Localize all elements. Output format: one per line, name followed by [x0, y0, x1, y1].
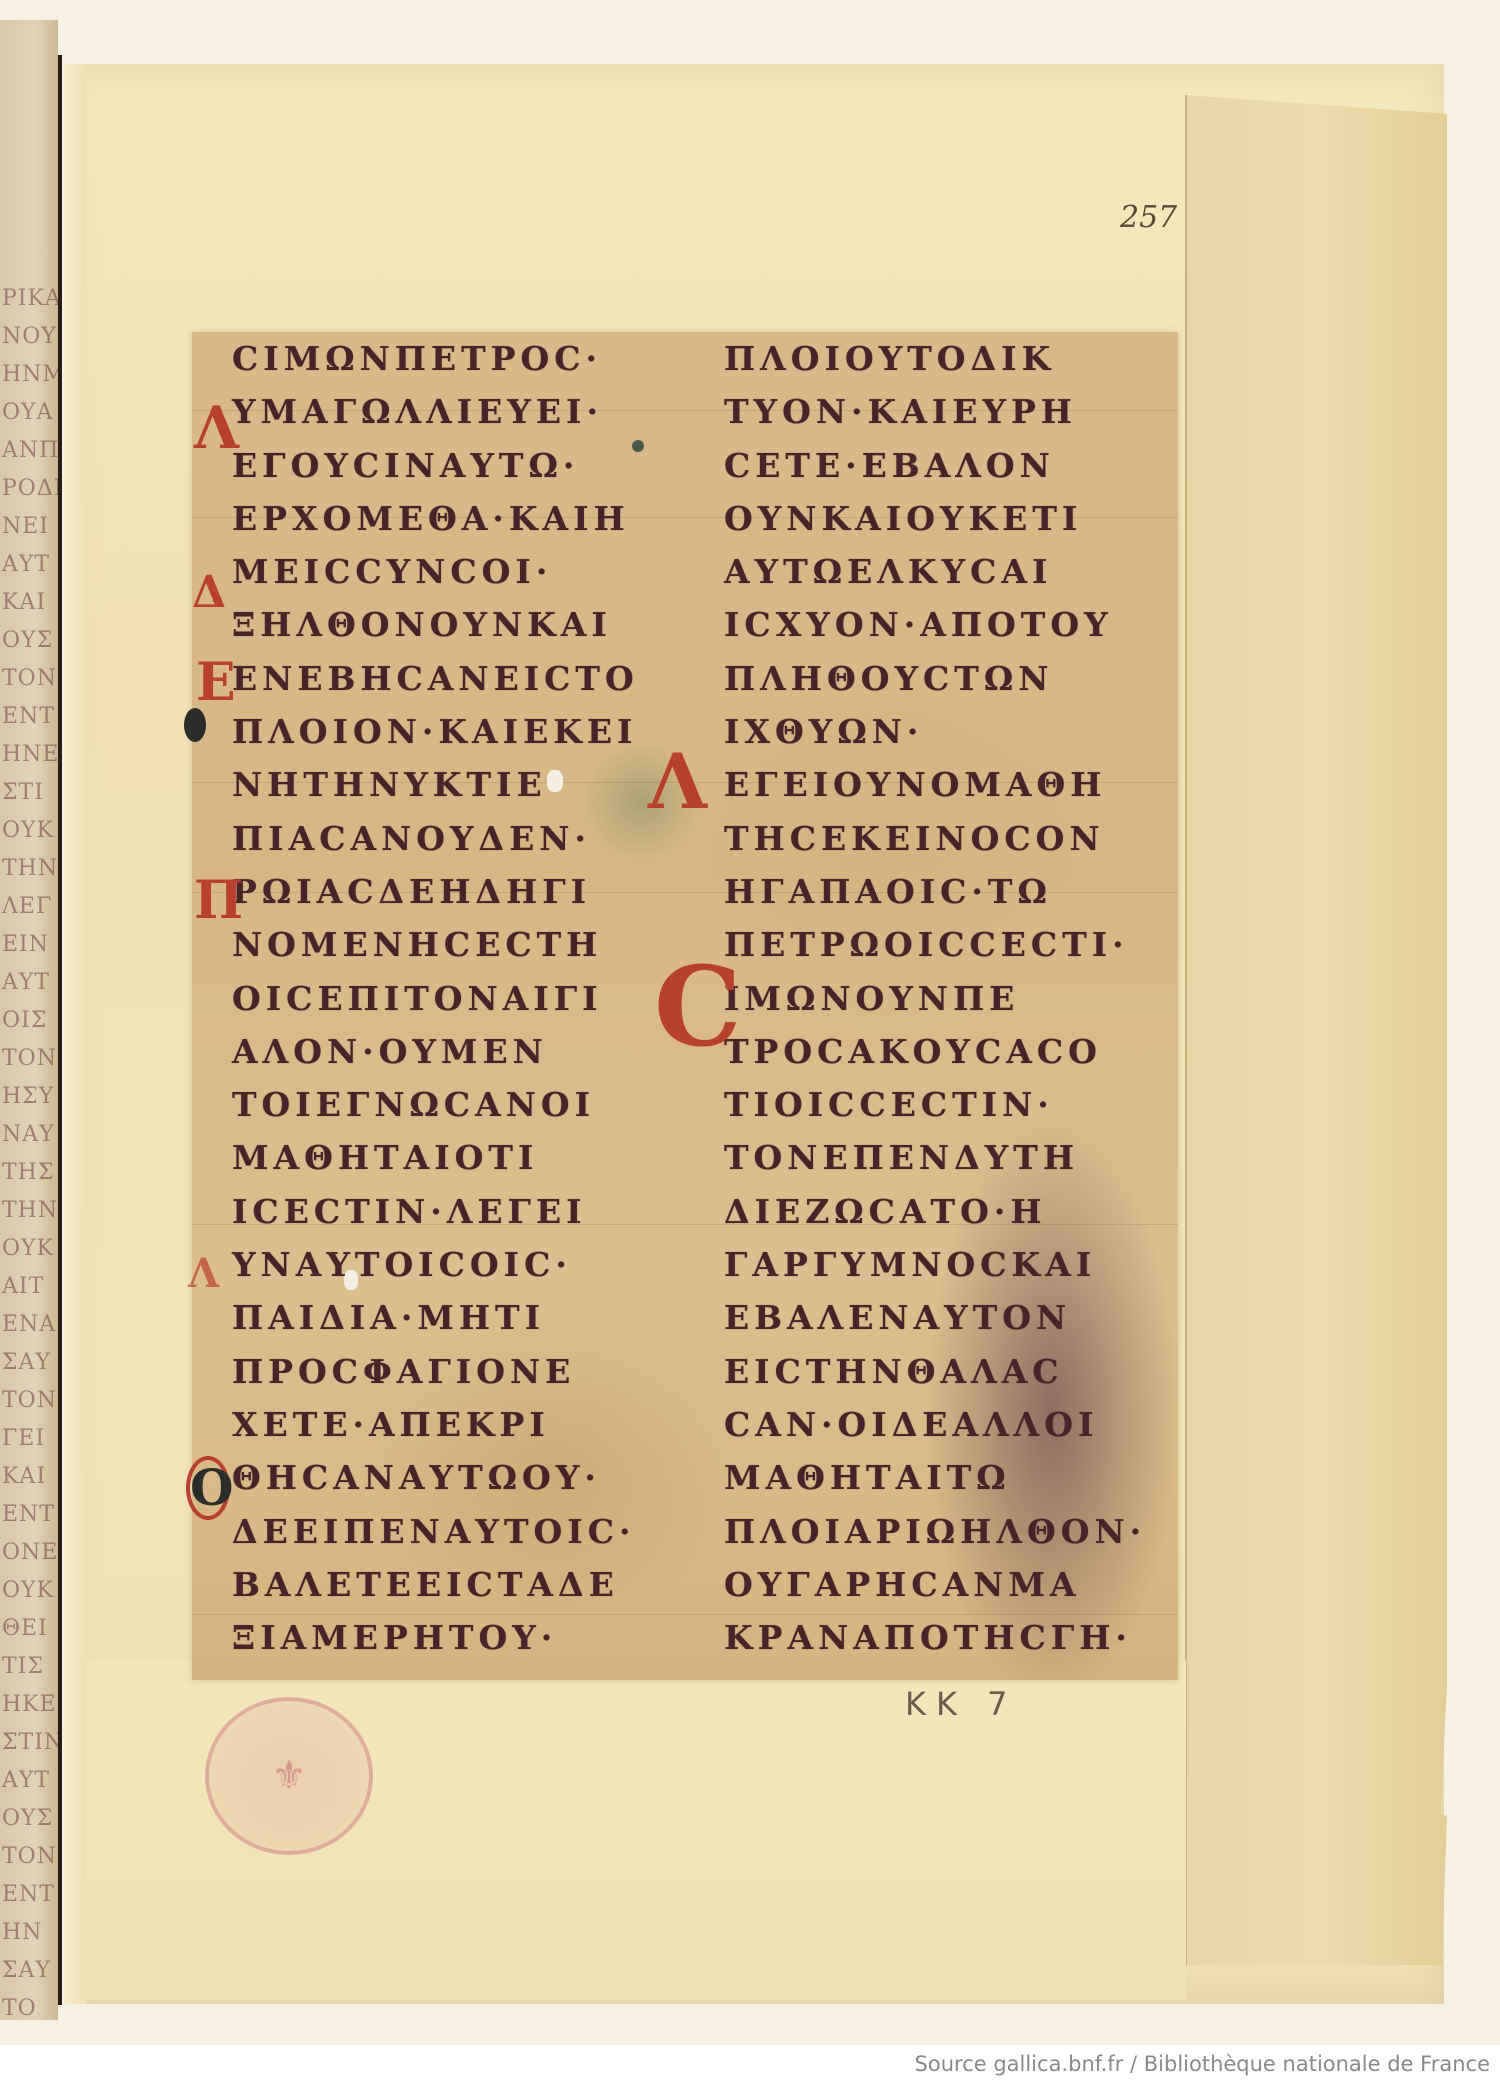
text-line: ΠΑΙΔΙΑ·ΜΗΤΙ: [232, 1291, 672, 1344]
text-line: ΙΜΩΝΟΥΝΠΕ: [724, 972, 1164, 1025]
text-line: ΜΑΘΗΤΑΙΟΤΙ: [232, 1131, 672, 1184]
text-line: ΔΕΕΙΠΕΝΑΥΤΟΙϹ·: [232, 1505, 672, 1558]
text-line: ΝΗΤΗΝΥΚΤΙΕ: [232, 758, 672, 811]
text-line: ΤΥΟΝ·ΚΑΙΕΥΡΗ: [724, 385, 1164, 438]
folio-right-flap: [1185, 95, 1447, 1965]
text-line: ϹΑΝ·ΟΙΔΕΑΛΛΟΙ: [724, 1398, 1164, 1451]
text-line: ΜΑΘΗΤΑΙΤΩ: [724, 1451, 1164, 1504]
text-line: ΠΛΟΙΟΥΤΟΔΙΚ: [724, 332, 1164, 385]
text-line: ΟΥΓΑΡΗϹΑΝΜΑ: [724, 1558, 1164, 1611]
text-line: ΙΧΘΥΩΝ·: [724, 705, 1164, 758]
text-line: ΤΡΟϹΑΚΟΥϹΑϹΟ: [724, 1025, 1164, 1078]
text-line: ΠΙΑϹΑΝΟΥΔΕΝ·: [232, 812, 672, 865]
text-line: ΕΒΑΛΕΝΑΥΤΟΝ: [724, 1291, 1164, 1344]
text-line: ΠΛΟΙΑΡΙΩΗΛΘΟΝ·: [724, 1505, 1164, 1558]
text-line: ΙϹΕϹΤΙΝ·ΛΕΓΕΙ: [232, 1185, 672, 1238]
text-line: ΜΕΙϹϹΥΝϹΟΙ·: [232, 545, 672, 598]
rubric-initial: Λ: [648, 737, 707, 826]
text-line: ΒΑΛΕΤΕΕΙϹΤΑΔΕ: [232, 1558, 672, 1611]
text-line: ϹΕΤΕ·ΕΒΑΛΟΝ: [724, 439, 1164, 492]
text-line: ΟΙϹΕΠΙΤΟΝΑΙΓΙ: [232, 972, 672, 1025]
library-stamp: ⚜: [205, 1697, 373, 1855]
text-line: ΑΛΟΝ·ΟΥΜΕΝ: [232, 1025, 672, 1078]
text-line: ΞΗΛΘΟΝΟΥΝΚΑΙ: [232, 598, 672, 651]
rubric-initial: Λ: [188, 1250, 219, 1297]
rubric-initial: Δ: [192, 567, 226, 618]
text-line: ΟΥΝΚΑΙΟΥΚΕΤΙ: [724, 492, 1164, 545]
parchment-fragment: ϹΙΜΩΝΠΕΤΡΟϹ· ΥΜΑΓΩΛΛΙΕΥΕΙ· ΕΓΟΥϹΙΝΑΥΤΩ· …: [192, 332, 1178, 1680]
text-line: ΤΗϹΕΚΕΙΝΟϹΟΝ: [724, 812, 1164, 865]
text-line: ΡΩΙΑϹΔΕΗΔΗΓΙ: [232, 865, 672, 918]
text-line: ΑΥΤΩΕΛΚΥϹΑΙ: [724, 545, 1164, 598]
foliation-number: 257: [1120, 200, 1177, 235]
fleur-de-lis-icon: ⚜: [271, 1753, 307, 1799]
text-line: ΔΙΕΖΩϹΑΤΟ·Η: [724, 1185, 1164, 1238]
text-line: ΙϹΧΥΟΝ·ΑΠΟΤΟΥ: [724, 598, 1164, 651]
rubric-initial: Ε: [196, 652, 236, 713]
binding-gutter: [58, 55, 62, 2005]
text-line: ΗΓΑΠΑΟΙϹ·ΤΩ: [724, 865, 1164, 918]
text-line: ΥΜΑΓΩΛΛΙΕΥΕΙ·: [232, 385, 672, 438]
rubric-initial: Λ: [194, 394, 239, 462]
text-line: ΠΛΗΘΟΥϹΤΩΝ: [724, 652, 1164, 705]
text-line: ΤΙΟΙϹϹΕϹΤΙΝ·: [724, 1078, 1164, 1131]
text-line: ΚΡΑΝΑΠΟΤΗϹΓΗ·: [724, 1611, 1164, 1664]
quire-signature: ΚΚ 7: [905, 1685, 1018, 1723]
text-line: ΠΛΟΙΟΝ·ΚΑΙΕΚΕΙ: [232, 705, 672, 758]
text-line: ΝΟΜΕΝΗϹΕϹΤΗ: [232, 918, 672, 971]
text-line: ΧΕΤΕ·ΑΠΕΚΡΙ: [232, 1398, 672, 1451]
text-line: ΕΙϹΤΗΝΘΑΛΑϹ: [724, 1345, 1164, 1398]
text-line: ΥΝΑΥΤΟΙϹΟΙϹ·: [232, 1238, 672, 1291]
ink-spot: [184, 708, 206, 742]
text-column-left: ϹΙΜΩΝΠΕΤΡΟϹ· ΥΜΑΓΩΛΛΙΕΥΕΙ· ΕΓΟΥϹΙΝΑΥΤΩ· …: [232, 332, 672, 1664]
rubric-initial: Π: [194, 870, 243, 931]
text-line: ΠΡΟϹΦΑΓΙΟΝΕ: [232, 1345, 672, 1398]
text-line: ΠΕΤΡΩΟΙϹϹΕϹΤΙ·: [724, 918, 1164, 971]
adjacent-leaf-text: ΡΙΚΑ ΝΟΥ ΗΝΜ ΟΥΑ ΑΝΠ ΡΟΔΕ ΝΕΙ ΑΥΤ ΚΑΙ ΟΥ…: [2, 280, 56, 2020]
text-column-right: ΠΛΟΙΟΥΤΟΔΙΚ ΤΥΟΝ·ΚΑΙΕΥΡΗ ϹΕΤΕ·ΕΒΑΛΟΝ ΟΥΝ…: [724, 332, 1164, 1664]
text-line: ΕΝΕΒΗϹΑΝΕΙϹΤΟ: [232, 652, 672, 705]
text-line: ΓΑΡΓΥΜΝΟϹΚΑΙ: [724, 1238, 1164, 1291]
folio-left-strip: [64, 64, 86, 2004]
source-attribution: Source gallica.bnf.fr / Bibliothèque nat…: [915, 2052, 1490, 2076]
rubric-initial: Ϲ: [654, 952, 742, 1062]
text-line: ΕΓΕΙΟΥΝΟΜΑΘΗ: [724, 758, 1164, 811]
rubric-initial: Ο: [186, 1456, 230, 1520]
text-line: ϹΙΜΩΝΠΕΤΡΟϹ·: [232, 332, 672, 385]
text-line: ΤΟΙΕΓΝΩϹΑΝΟΙ: [232, 1078, 672, 1131]
text-line: ΘΗϹΑΝΑΥΤΩΟΥ·: [232, 1451, 672, 1504]
text-line: ΞΙΑΜΕΡΗΤΟΥ·: [232, 1611, 672, 1664]
text-line: ΕΡΧΟΜΕΘΑ·ΚΑΙΗ: [232, 492, 672, 545]
text-line: ΕΓΟΥϹΙΝΑΥΤΩ·: [232, 439, 672, 492]
text-line: ΤΟΝΕΠΕΝΔΥΤΗ: [724, 1131, 1164, 1184]
adjacent-leaf-edge: ΡΙΚΑ ΝΟΥ ΗΝΜ ΟΥΑ ΑΝΠ ΡΟΔΕ ΝΕΙ ΑΥΤ ΚΑΙ ΟΥ…: [0, 20, 58, 2020]
